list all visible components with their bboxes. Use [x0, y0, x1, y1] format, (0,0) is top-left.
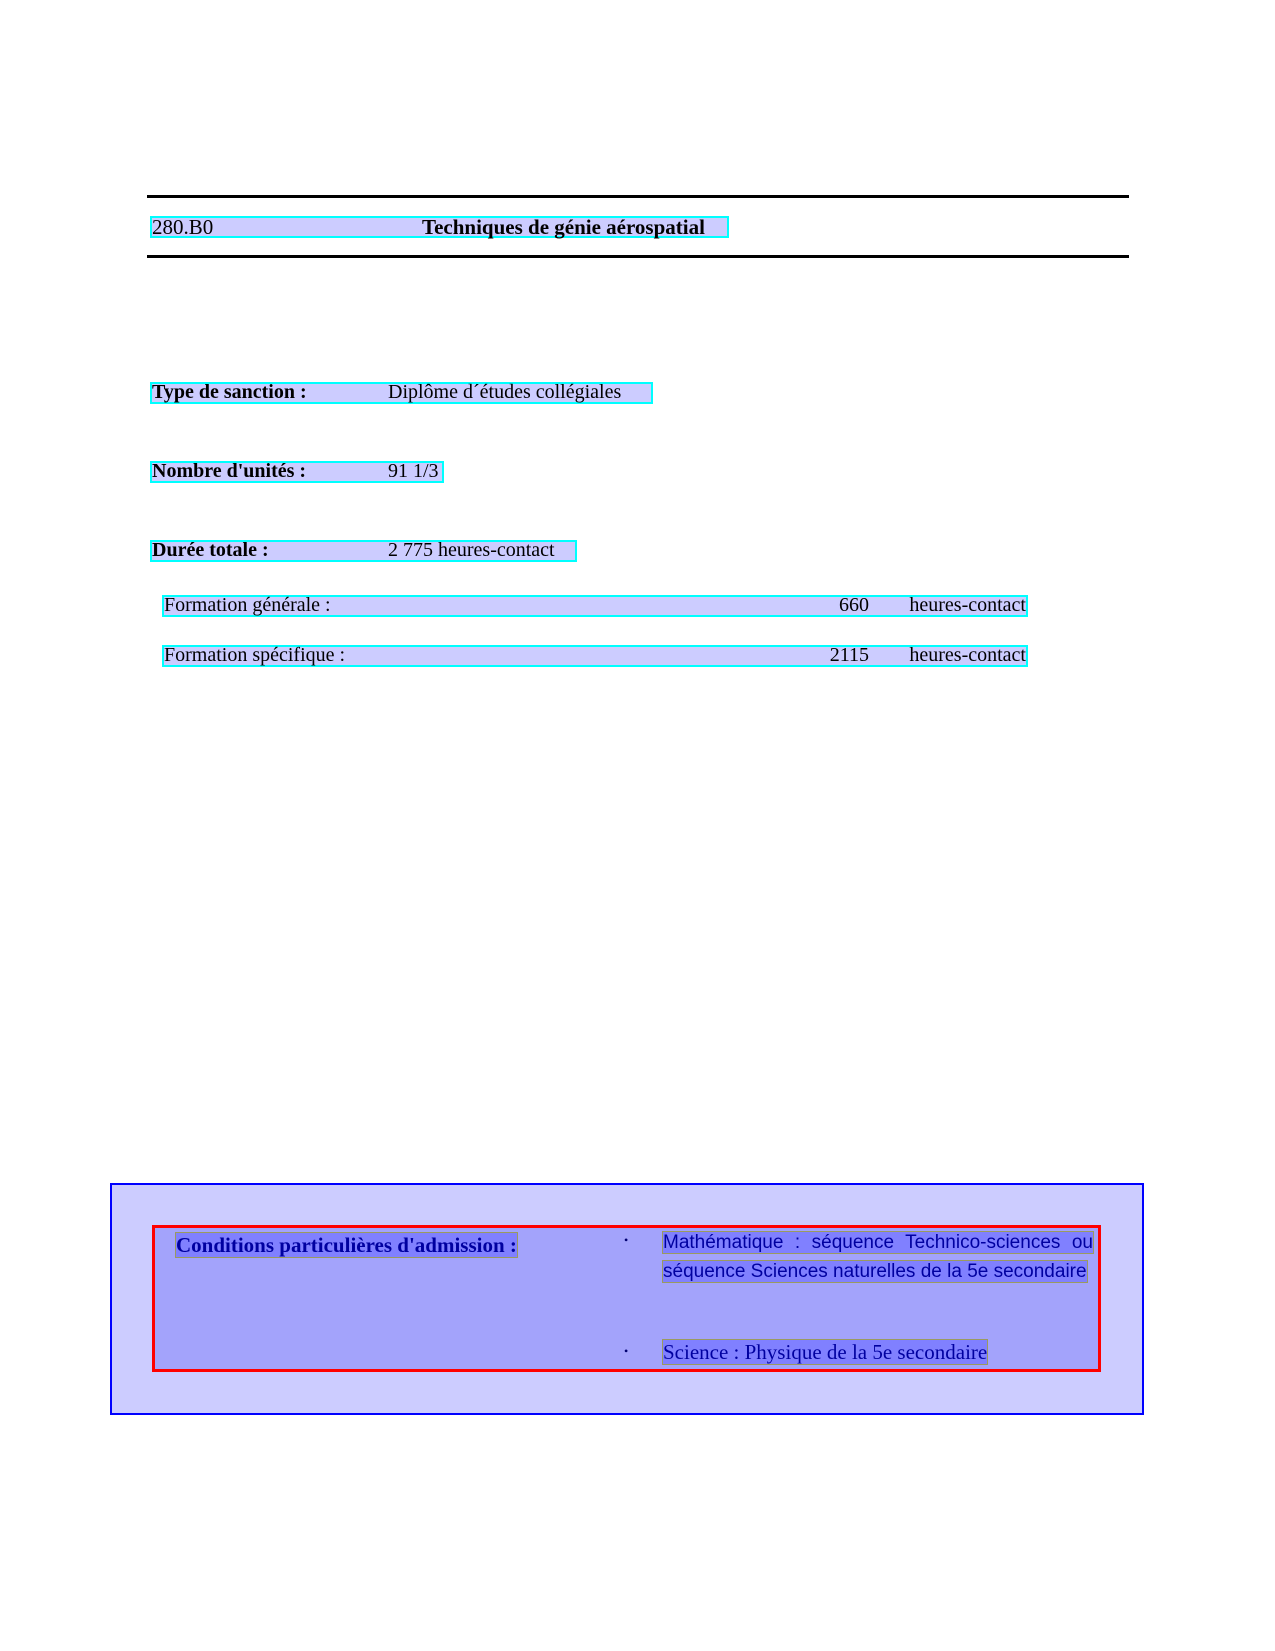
- admission-title: Conditions particulières d'admission :: [176, 1235, 517, 1255]
- breakdown-hours: 2115: [830, 647, 869, 664]
- admission-item-math: Mathématique : séquence Technico-science…: [663, 1229, 1093, 1286]
- field-sanction-value: Diplôme d´études collégiales: [388, 384, 621, 401]
- program-header: 280.B0 Techniques de génie aérospatial: [150, 216, 729, 238]
- admission-item-science: Science : Physique de la 5e secondaire: [663, 1341, 987, 1363]
- field-duration-value: 2 775 heures-contact: [388, 542, 555, 559]
- field-duration-label: Durée totale :: [152, 542, 269, 559]
- field-sanction-label: Type de sanction :: [152, 384, 307, 401]
- breakdown-row-specific: Formation spécifique : 2115 heures-conta…: [162, 645, 1028, 667]
- bullet-icon: •: [624, 1230, 628, 1250]
- field-sanction: Type de sanction : Diplôme d´études coll…: [150, 382, 653, 404]
- breakdown-unit: heures-contact: [909, 647, 1026, 664]
- bullet-icon: •: [624, 1341, 628, 1361]
- field-units-value: 91 1/3: [388, 463, 439, 480]
- admission-item-science-text: Science : Physique de la 5e secondaire: [663, 1340, 987, 1364]
- field-units: Nombre d'unités : 91 1/3: [150, 461, 444, 483]
- admission-title-text: Conditions particulières d'admission :: [176, 1233, 517, 1257]
- breakdown-hours: 660: [839, 597, 869, 614]
- field-duration: Durée totale : 2 775 heures-contact: [150, 540, 577, 562]
- breakdown-row-general: Formation générale : 660 heures-contact: [162, 595, 1028, 617]
- admission-item-math-text: Mathématique : séquence Technico-science…: [663, 1232, 1093, 1282]
- program-code: 280.B0: [152, 218, 213, 236]
- program-title: Techniques de génie aérospatial: [422, 218, 705, 236]
- field-units-label: Nombre d'unités :: [152, 463, 306, 480]
- header-bottom-rule: [147, 255, 1129, 258]
- breakdown-label: Formation spécifique :: [164, 647, 345, 664]
- breakdown-unit: heures-contact: [909, 597, 1026, 614]
- header-top-rule: [147, 195, 1129, 198]
- breakdown-label: Formation générale :: [164, 597, 331, 614]
